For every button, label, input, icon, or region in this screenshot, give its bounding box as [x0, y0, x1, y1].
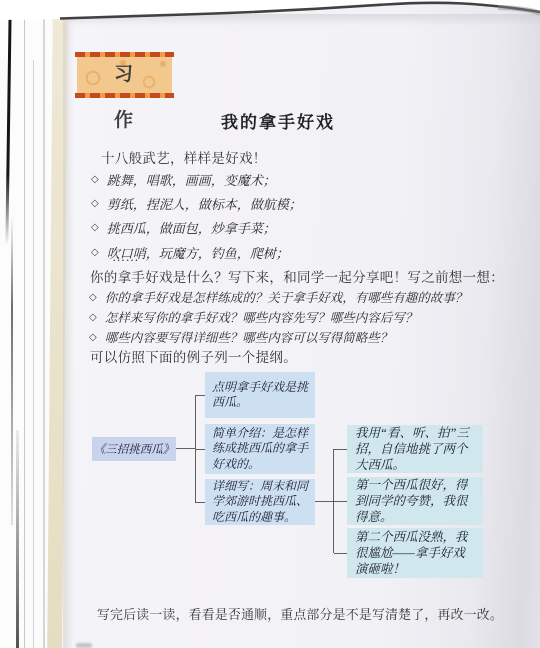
list-item: ◇ 你的拿手好戏是怎样练成的？关于拿手好戏，有哪些有趣的故事？: [89, 287, 467, 307]
diamond-bullet-icon: ◇: [91, 198, 99, 209]
connector-line: [334, 449, 347, 450]
diamond-bullet-icon: ◇: [91, 222, 99, 233]
diagram-detail-box: 第一个西瓜很好，得到同学的夸赞，我很得意。: [347, 477, 483, 525]
connector-line: [315, 501, 347, 502]
textbook-photo: 习 作 我的拿手好戏 十八般武艺，样样是好戏！ ◇ 跳舞，唱歌，画画，变魔术； …: [0, 0, 540, 648]
diagram-detail-box: 第二个西瓜没熟，我很尴尬——拿手好戏演砸啦！: [347, 528, 483, 578]
diamond-bullet-icon: ◇: [89, 312, 97, 323]
list-item: ◇ 跳舞，唱歌，画画，变魔术；: [91, 167, 302, 191]
list-item-text: 你的拿手好戏是怎样练成的？关于拿手好戏，有哪些有趣的故事？: [105, 288, 468, 306]
section-badge: 习 作: [77, 52, 172, 98]
ellipsis-line: ……: [113, 249, 140, 265]
think-question-list: ◇ 你的拿手好戏是怎样练成的？关于拿手好戏，有哪些有趣的故事？ ◇ 怎样来写你的…: [89, 287, 467, 347]
page-edge-stripe: [33, 60, 34, 648]
connector-line: [333, 449, 334, 553]
share-prompt: 你的拿手好戏是什么？写下来，和同学一起分享吧！写之前想一想：: [90, 266, 504, 286]
connector-line: [196, 502, 205, 503]
outline-hint: 可以仿照下面的例子列一个提纲。: [90, 346, 297, 366]
list-item: ◇ 挑西瓜，做面包，炒拿手菜；: [91, 216, 302, 240]
closing-tip: 写完后读一读，看看是否通顺，重点部分是不是写清楚了，再改一改。: [97, 604, 503, 623]
connector-line: [334, 553, 347, 554]
diagram-structure-box: 简单介绍：是怎样练成挑西瓜的拿手好戏的。: [205, 424, 315, 474]
diagram-box-text: 详细写：周末和同学郊游时挑西瓜、吃西瓜的趣事。: [212, 479, 308, 525]
diamond-bullet-icon: ◇: [91, 247, 99, 258]
diamond-bullet-icon: ◇: [91, 174, 99, 185]
list-item-text: 怎样来写你的拿手好戏？哪些内容先写？哪些内容后写？: [105, 308, 418, 326]
connector-line: [176, 448, 195, 449]
list-item: ◇ 剪纸，捏泥人，做标本，做航模；: [91, 191, 302, 215]
diagram-detail-box: 我用“看、听、拍”三招，自信地挑了两个大西瓜。: [347, 425, 483, 473]
list-item-text: 哪些内容要写得详细些？哪些内容可以写得简略些？: [105, 328, 393, 346]
book-page-edges: [0, 0, 64, 648]
connector-line: [196, 449, 205, 450]
page-edge-stripe: [24, 0, 25, 648]
page-left-shadow: [63, 8, 74, 648]
diagram-root-box: 《三招挑西瓜》: [92, 437, 176, 461]
page-edge-stripe: [5, 10, 11, 245]
lead-sentence: 十八般武艺，样样是好戏！: [101, 147, 267, 167]
diamond-bullet-icon: ◇: [89, 292, 97, 303]
page-number-smudge: [76, 643, 92, 648]
diamond-bullet-icon: ◇: [89, 332, 97, 343]
list-item: ◇ 怎样来写你的拿手好戏？哪些内容先写？哪些内容后写？: [89, 307, 467, 327]
page-edge-stripe: [11, 215, 13, 525]
page-edge-stripe: [16, 430, 19, 648]
connector-line: [196, 395, 205, 396]
diagram-box-text: 我用“看、听、拍”三招，自信地挑了两个大西瓜。: [355, 425, 475, 473]
diagram-box-text: 简单介绍：是怎样练成挑西瓜的拿手好戏的。: [212, 426, 308, 472]
page-edge-stripe: [43, 0, 45, 648]
diagram-box-text: 第二个西瓜没熟，我很尴尬——拿手好戏演砸啦！: [355, 529, 475, 577]
list-item-text: 剪纸，捏泥人，做标本，做航模；: [107, 194, 302, 213]
diagram-box-text: 点明拿手好戏是挑西瓜。: [212, 380, 308, 411]
diagram-root-label: 《三招挑西瓜》: [94, 441, 175, 457]
page-title: 我的拿手好戏: [92, 108, 464, 133]
diagram-box-text: 第一个西瓜很好，得到同学的夸赞，我很得意。: [355, 477, 475, 525]
list-item-text: 跳舞，唱歌，画画，变魔术；: [107, 170, 276, 189]
book-top-edge-curve: [0, 0, 540, 28]
diagram-structure-box: 详细写：周末和同学郊游时挑西瓜、吃西瓜的趣事。: [205, 479, 315, 525]
list-item: ◇ 哪些内容要写得详细些？哪些内容可以写得简略些？: [89, 327, 467, 347]
list-item-text: 挑西瓜，做面包，炒拿手菜；: [107, 218, 276, 237]
diagram-structure-box: 点明拿手好戏是挑西瓜。: [205, 372, 315, 418]
